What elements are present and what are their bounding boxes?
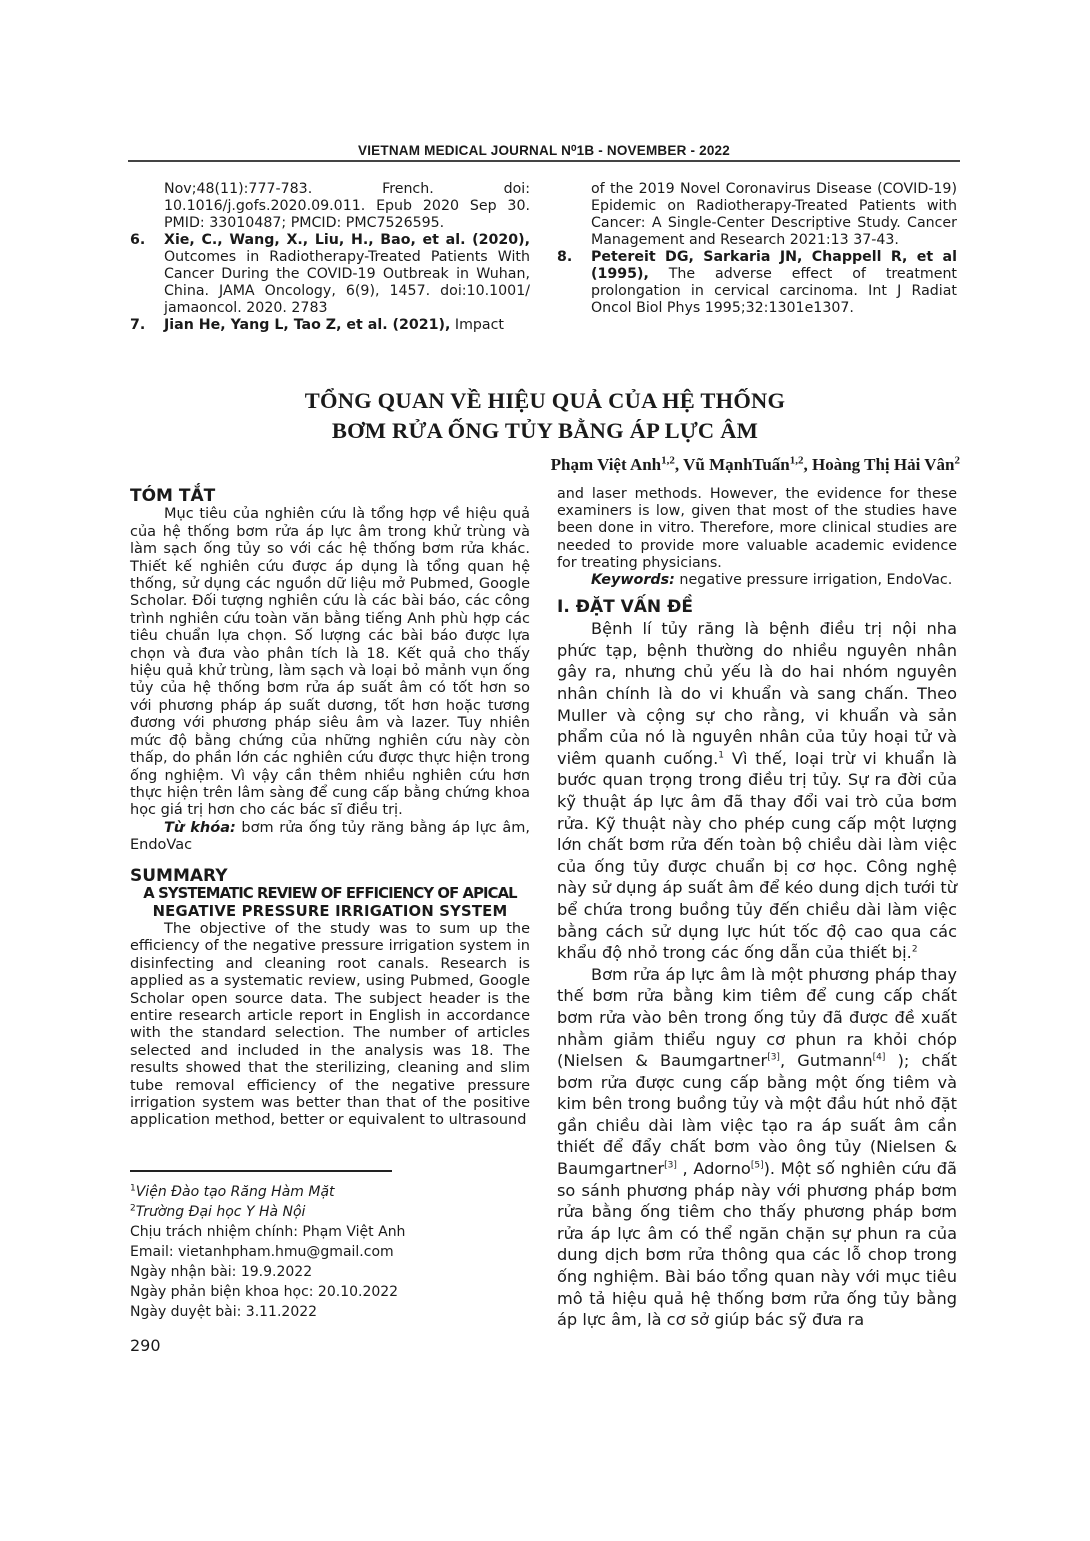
reference-number: 8.: [557, 249, 572, 266]
references-left: Nov;48(11):777-783. French. doi: 10.1016…: [130, 181, 530, 334]
keywords-text: negative pressure irrigation, EndoVac.: [675, 572, 952, 588]
footnote-rule: [130, 1170, 392, 1172]
abstract-vi-body: Mục tiêu của nghiên cứu là tổng hợp về h…: [130, 506, 530, 819]
running-head: VIETNAM MEDICAL JOURNAL N⁰1B - NOVEMBER …: [128, 143, 960, 159]
email: Email: vietanhpham.hmu@gmail.com: [130, 1242, 405, 1262]
date-received: Ngày nhận bài: 19.9.2022: [130, 1262, 405, 1282]
paragraph-text: ). Một số nghiên cứu đã so sánh phương p…: [557, 1159, 957, 1329]
reference-authors: Xie, C., Wang, X., Liu, H., Bao, et al. …: [164, 232, 530, 248]
paragraph-text: , Adorno: [677, 1159, 751, 1178]
affiliation-text: Trường Đại học Y Hà Nội: [136, 1204, 306, 1220]
author-name: Phạm Việt Anh: [551, 455, 662, 474]
abstract-vi-heading: TÓM TẮT: [130, 488, 530, 505]
footnotes: 1Viện Đào tạo Răng Hàm Mặt 2Trường Đại h…: [130, 1182, 405, 1322]
reference-authors: Jian He, Yang L, Tao Z, et al. (2021),: [164, 317, 450, 333]
affiliation-text: Viện Đào tạo Răng Hàm Mặt: [136, 1184, 335, 1200]
summary-heading: SUMMARY: [130, 868, 530, 885]
author-affiliation: 1,2: [661, 454, 675, 466]
reference-5-tail: Nov;48(11):777-783. French. doi: 10.1016…: [130, 181, 530, 232]
author-affiliation: 2: [955, 454, 961, 466]
citation: [4]: [873, 1053, 886, 1063]
summary-title-line-2: NEGATIVE PRESSURE IRRIGATION SYSTEM: [130, 903, 530, 921]
citation: [5]: [751, 1161, 764, 1171]
article-title: TỔNG QUAN VỀ HIỆU QUẢ CỦA HỆ THỐNG BƠM R…: [200, 386, 890, 446]
title-line-1: TỔNG QUAN VỀ HIỆU QUẢ CỦA HỆ THỐNG: [200, 386, 890, 416]
paragraph-text: , Gutmann: [780, 1051, 873, 1070]
reference-7: 7. Jian He, Yang L, Tao Z, et al. (2021)…: [130, 317, 530, 334]
reference-text: Impact: [450, 317, 504, 333]
reference-7-tail: of the 2019 Novel Coronavirus Disease (C…: [557, 181, 957, 249]
references-right: of the 2019 Novel Coronavirus Disease (C…: [557, 181, 957, 317]
keywords-label: Từ khóa:: [164, 820, 236, 836]
keywords-label: Keywords:: [591, 572, 675, 588]
author-name: Vũ MạnhTuấn: [683, 455, 790, 474]
title-line-2: BƠM RỬA ỐNG TỦY BẰNG ÁP LỰC ÂM: [200, 416, 890, 446]
affiliation-1: 1Viện Đào tạo Răng Hàm Mặt: [130, 1182, 405, 1202]
corresponding-author: Chịu trách nhiệm chính: Phạm Việt Anh: [130, 1222, 405, 1242]
reference-6: 6. Xie, C., Wang, X., Liu, H., Bao, et a…: [130, 232, 530, 317]
paragraph-text: Bệnh lí tủy răng là bệnh điều trị nội nh…: [557, 619, 957, 768]
author-name: Hoàng Thị Hải Vân: [812, 455, 955, 474]
header-rule: [128, 160, 960, 162]
summary-body: The objective of the study was to sum up…: [130, 921, 530, 1130]
citation: 2: [912, 945, 918, 955]
left-column: TÓM TẮT Mục tiêu của nghiên cứu là tổng …: [130, 488, 530, 1130]
date-reviewed: Ngày phản biện khoa học: 20.10.2022: [130, 1282, 405, 1302]
citation: [3]: [767, 1053, 780, 1063]
reference-text: Outcomes in Radiotherapy-Treated Patient…: [164, 249, 530, 316]
author-list: Phạm Việt Anh1,2, Vũ MạnhTuấn1,2, Hoàng …: [551, 455, 960, 475]
citation: [3]: [664, 1161, 677, 1171]
reference-8: 8. Petereit DG, Sarkaria JN, Chappell R,…: [557, 249, 957, 317]
reference-number: 7.: [130, 317, 145, 334]
author-affiliation: 1,2: [790, 454, 804, 466]
summary-body-continued: and laser methods. However, the evidence…: [557, 486, 957, 572]
section-1-heading: I. ĐẶT VẤN ĐỀ: [557, 599, 957, 616]
section-1-paragraph-2: Bơm rửa áp lực âm là một phương pháp tha…: [557, 964, 957, 1331]
page-number: 290: [130, 1336, 161, 1355]
reference-number: 6.: [130, 232, 145, 249]
paragraph-text: Vì thế, loại trừ vi khuẩn là bước quan t…: [557, 749, 957, 962]
section-1-body: Bệnh lí tủy răng là bệnh điều trị nội nh…: [557, 618, 957, 1331]
summary-keywords: Keywords: negative pressure irrigation, …: [557, 572, 957, 589]
abstract-vi-keywords: Từ khóa: bơm rửa ống tủy răng bằng áp lự…: [130, 820, 530, 855]
right-column: and laser methods. However, the evidence…: [557, 486, 957, 1331]
summary-title-line-1: A SYSTEMATIC REVIEW OF EFFICIENCY OF API…: [130, 885, 530, 903]
affiliation-2: 2Trường Đại học Y Hà Nội: [130, 1202, 405, 1222]
section-1-paragraph-1: Bệnh lí tủy răng là bệnh điều trị nội nh…: [557, 618, 957, 964]
date-accepted: Ngày duyệt bài: 3.11.2022: [130, 1302, 405, 1322]
